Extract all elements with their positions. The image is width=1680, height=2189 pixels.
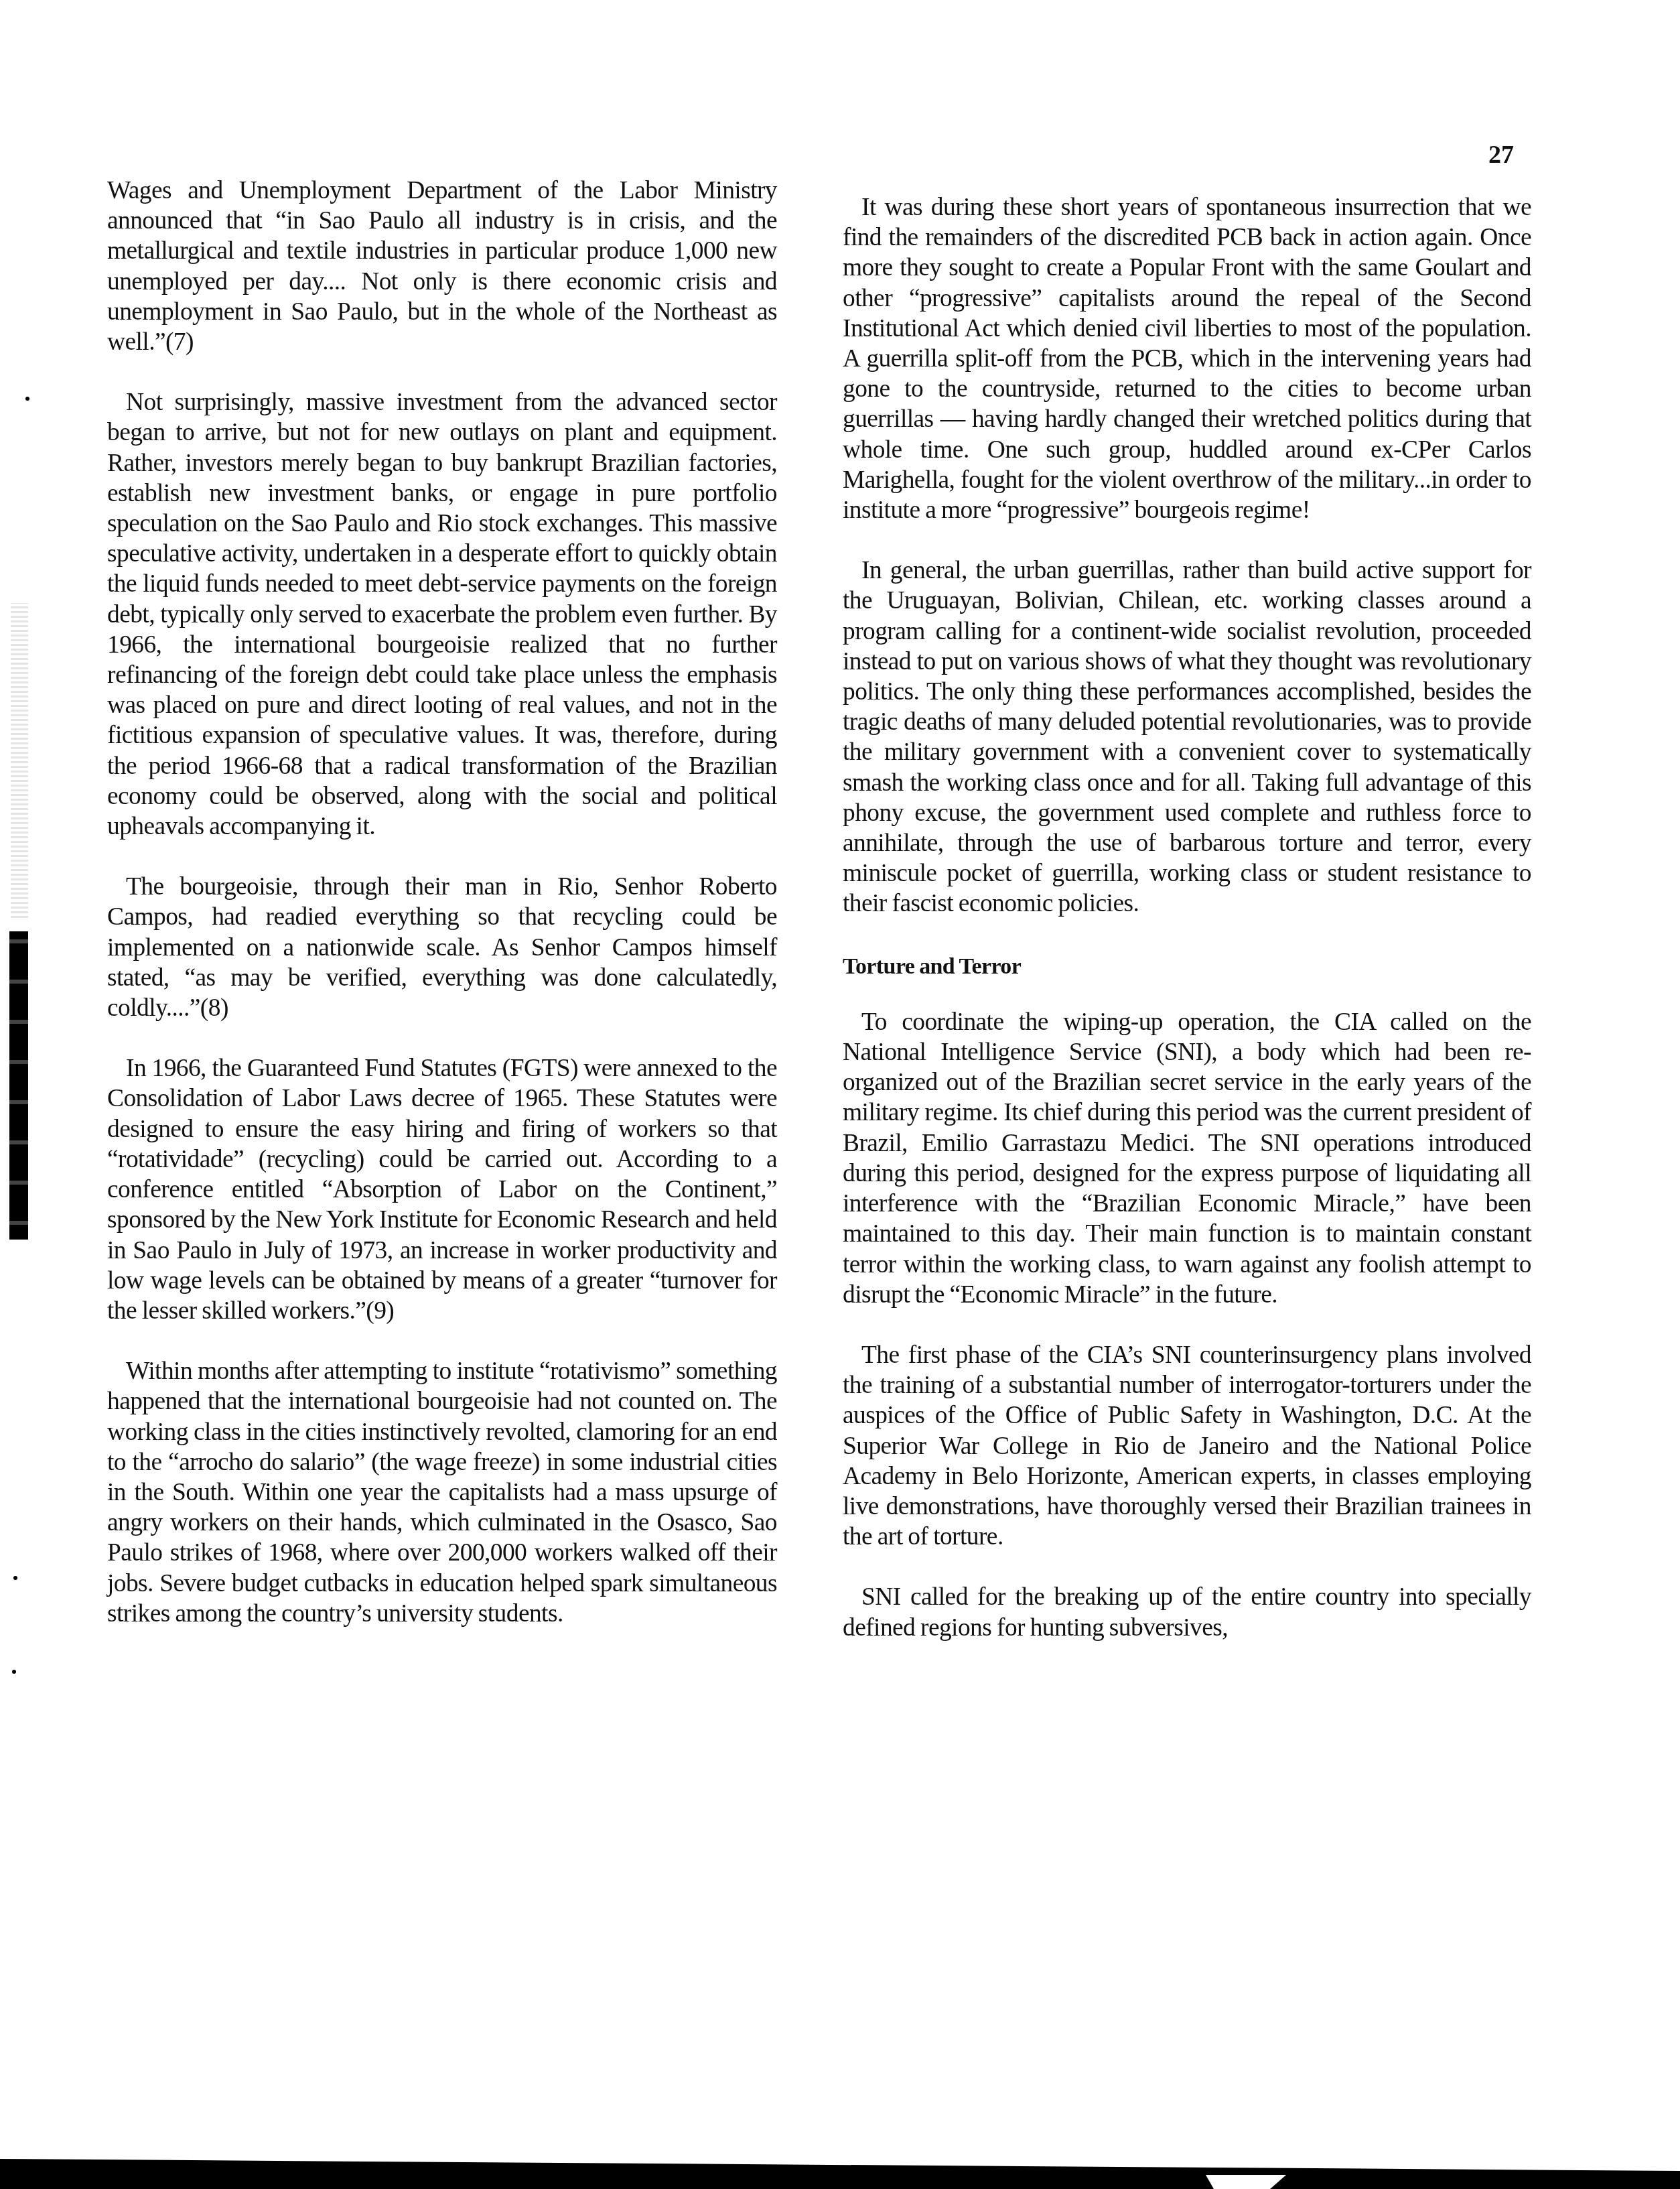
left-column: Wages and Unemployment Department of the… [107,176,777,1659]
paragraph: To coordinate the wiping-up operation, t… [843,1007,1531,1310]
scan-noise-dark [9,931,28,1240]
page-number: 27 [1488,142,1514,168]
scan-binding-artifact [8,603,28,1374]
scan-bottom-edge [0,2159,1680,2189]
paragraph: In 1966, the Guaranteed Fund Statutes (F… [107,1053,777,1326]
margin-dot [13,1576,17,1580]
margin-dot [12,1670,16,1674]
section-heading: Torture and Terror [843,951,1531,982]
right-column: It was during these short years of spont… [843,192,1531,1673]
paragraph: SNI called for the breaking up of the en… [843,1582,1531,1642]
paragraph: It was during these short years of spont… [843,192,1531,525]
margin-dot [25,397,29,401]
paragraph: In general, the urban guerrillas, rather… [843,555,1531,919]
scan-noise-light [11,603,28,918]
paragraph: Wages and Unemployment Department of the… [107,176,777,357]
paragraph: Within months after attempting to instit… [107,1356,777,1629]
paragraph: The first phase of the CIA’s SNI counter… [843,1340,1531,1552]
paragraph: The bourgeoisie, through their man in Ri… [107,872,777,1023]
paragraph: Not surprisingly, massive investment fro… [107,387,777,842]
